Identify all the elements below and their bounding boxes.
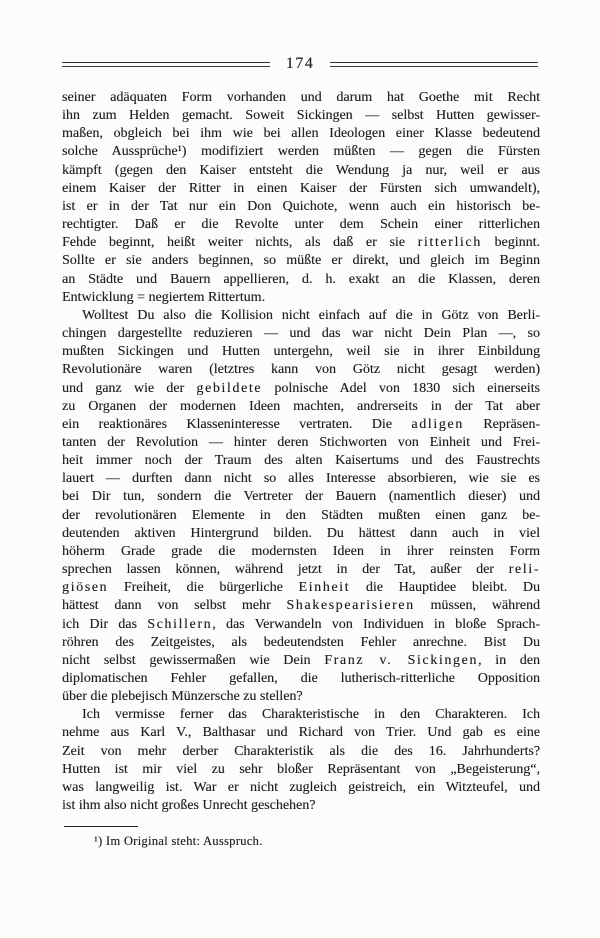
text-line: ist ihm also nicht großes Unrecht gesche…: [62, 797, 540, 815]
text-segment: ich Dir das: [62, 617, 147, 632]
text-segment: , in den: [478, 653, 540, 668]
text-line: tanten der Revolution — hinter deren Sti…: [62, 434, 540, 452]
text-line: diplomatischen Fehler gefallen, die luth…: [62, 670, 540, 688]
text-segment: die Hauptidee bleibt. Du: [350, 580, 540, 595]
text-line: seiner adäquaten Form vorhanden und daru…: [62, 89, 540, 107]
text-segment: , das Verwandeln von Individuen in bloße…: [212, 617, 540, 632]
text-segment: Fehde beginnt, heißt weiter nichts, als …: [62, 235, 418, 250]
text-line: der revolutionären Elemente in den Städt…: [62, 507, 540, 525]
text-segment: ein reaktionäres Klasseninteresse vertra…: [62, 417, 411, 432]
text-line: ist er in der Tat nur ein Don Quichote, …: [62, 198, 540, 216]
letterspaced-text: gebildete: [196, 381, 262, 396]
letterspaced-text: Schillern: [147, 617, 212, 632]
text-line: zu Organen der modernen Ideen machten, a…: [62, 398, 540, 416]
book-page: 174 seiner adäquaten Form vorhanden und …: [0, 0, 600, 938]
letterspaced-text: Shakespearisieren: [286, 598, 414, 613]
text-line: nicht selbst gewissermaßen wie Dein Fran…: [62, 652, 540, 670]
text-line: Sollte er sie anders beginnen, so müßte …: [62, 252, 540, 270]
text-segment: nicht selbst gewissermaßen wie Dein: [62, 653, 324, 668]
text-line: ein reaktionäres Klasseninteresse vertra…: [62, 416, 540, 434]
text-line: lauert — durften dann nicht so alles Int…: [62, 470, 540, 488]
text-line: chingen dargestellte reduzieren — und da…: [62, 325, 540, 343]
text-segment: Repräsen-: [464, 417, 540, 432]
text-segment: müssen, während: [415, 598, 540, 613]
letterspaced-text: Einheit: [299, 580, 351, 595]
header-rule-right: [330, 62, 538, 67]
text-segment: Freiheit, die bürgerliche: [108, 580, 298, 595]
footnote-separator-rule: [64, 826, 138, 827]
text-line: Zeit von mehr derber Charakteristik als …: [62, 743, 540, 761]
text-segment: hättest dann von selbst mehr: [62, 598, 286, 613]
text-line: Revolutionäre waren (letztres kann von G…: [62, 361, 540, 379]
text-segment: und ganz wie der: [62, 381, 196, 396]
text-line: röhren des Zeitgeistes, als bedeutendste…: [62, 634, 540, 652]
letterspaced-text: ritterlich: [418, 235, 482, 250]
text-line: nehme aus Karl V., Balthasar und Richard…: [62, 724, 540, 742]
text-segment: polnische Adel von 1830 sich einerseits: [262, 381, 540, 396]
text-line: kämpft (gegen den Kaiser entsteht die We…: [62, 162, 540, 180]
text-line: hättest dann von selbst mehr Shakespeari…: [62, 597, 540, 615]
text-line: Entwicklung = negiertem Rittertum.: [62, 289, 540, 307]
text-segment: sprechen lassen können, während jetzt in…: [62, 562, 509, 577]
text-line: maßen, obgleich bei ihm wie bei allen Id…: [62, 125, 540, 143]
text-line: deutenden aktiven Hintergrund bilden. Du…: [62, 525, 540, 543]
footnote: ¹) Im Original steht: Ausspruch.: [94, 834, 263, 849]
text-segment: beginnt.: [482, 235, 540, 250]
text-line: höherm Grade grade die modernsten Ideen …: [62, 543, 540, 561]
text-line: giösen Freiheit, die bürgerliche Einheit…: [62, 579, 540, 597]
letterspaced-text: giösen: [62, 580, 108, 595]
text-line: einem Kaiser der Ritter in einen Kaiser …: [62, 180, 540, 198]
text-line: was langweilig ist. War er nicht zugleic…: [62, 779, 540, 797]
letterspaced-text: Franz v. Sickingen: [324, 653, 478, 668]
text-line: rechtigter. Daß er die Revolte unter dem…: [62, 216, 540, 234]
text-line: solche Aussprüche¹) modifiziert werden m…: [62, 143, 540, 161]
text-line: sprechen lassen können, während jetzt in…: [62, 561, 540, 579]
body-text: seiner adäquaten Form vorhanden und daru…: [62, 89, 540, 815]
running-head: 174: [62, 56, 538, 72]
text-line: Fehde beginnt, heißt weiter nichts, als …: [62, 234, 540, 252]
text-line: Ich vermisse ferner das Charakteristisch…: [62, 706, 540, 724]
letterspaced-text: adligen: [411, 417, 463, 432]
text-line: mußten Sickingen und Hutten untergehn, w…: [62, 343, 540, 361]
text-line: Wolltest Du also die Kollision nicht ein…: [62, 307, 540, 325]
text-line: ihn zum Helden gemacht. Soweit Sickingen…: [62, 107, 540, 125]
text-line: bei Dir tun, sondern die Vertreter der B…: [62, 488, 540, 506]
text-line: über die plebejisch Münzersche zu stelle…: [62, 688, 540, 706]
text-line: und ganz wie der gebildete polnische Ade…: [62, 380, 540, 398]
text-line: Hutten ist mir viel zu sehr bloßer Reprä…: [62, 761, 540, 779]
header-rule-left: [62, 62, 270, 67]
letterspaced-text: reli-: [509, 562, 540, 577]
text-line: ich Dir das Schillern, das Verwandeln vo…: [62, 616, 540, 634]
text-line: an Städte und Bauern appellieren, d. h. …: [62, 271, 540, 289]
text-line: heit immer noch der Traum des alten Kais…: [62, 452, 540, 470]
page-number: 174: [270, 56, 331, 72]
